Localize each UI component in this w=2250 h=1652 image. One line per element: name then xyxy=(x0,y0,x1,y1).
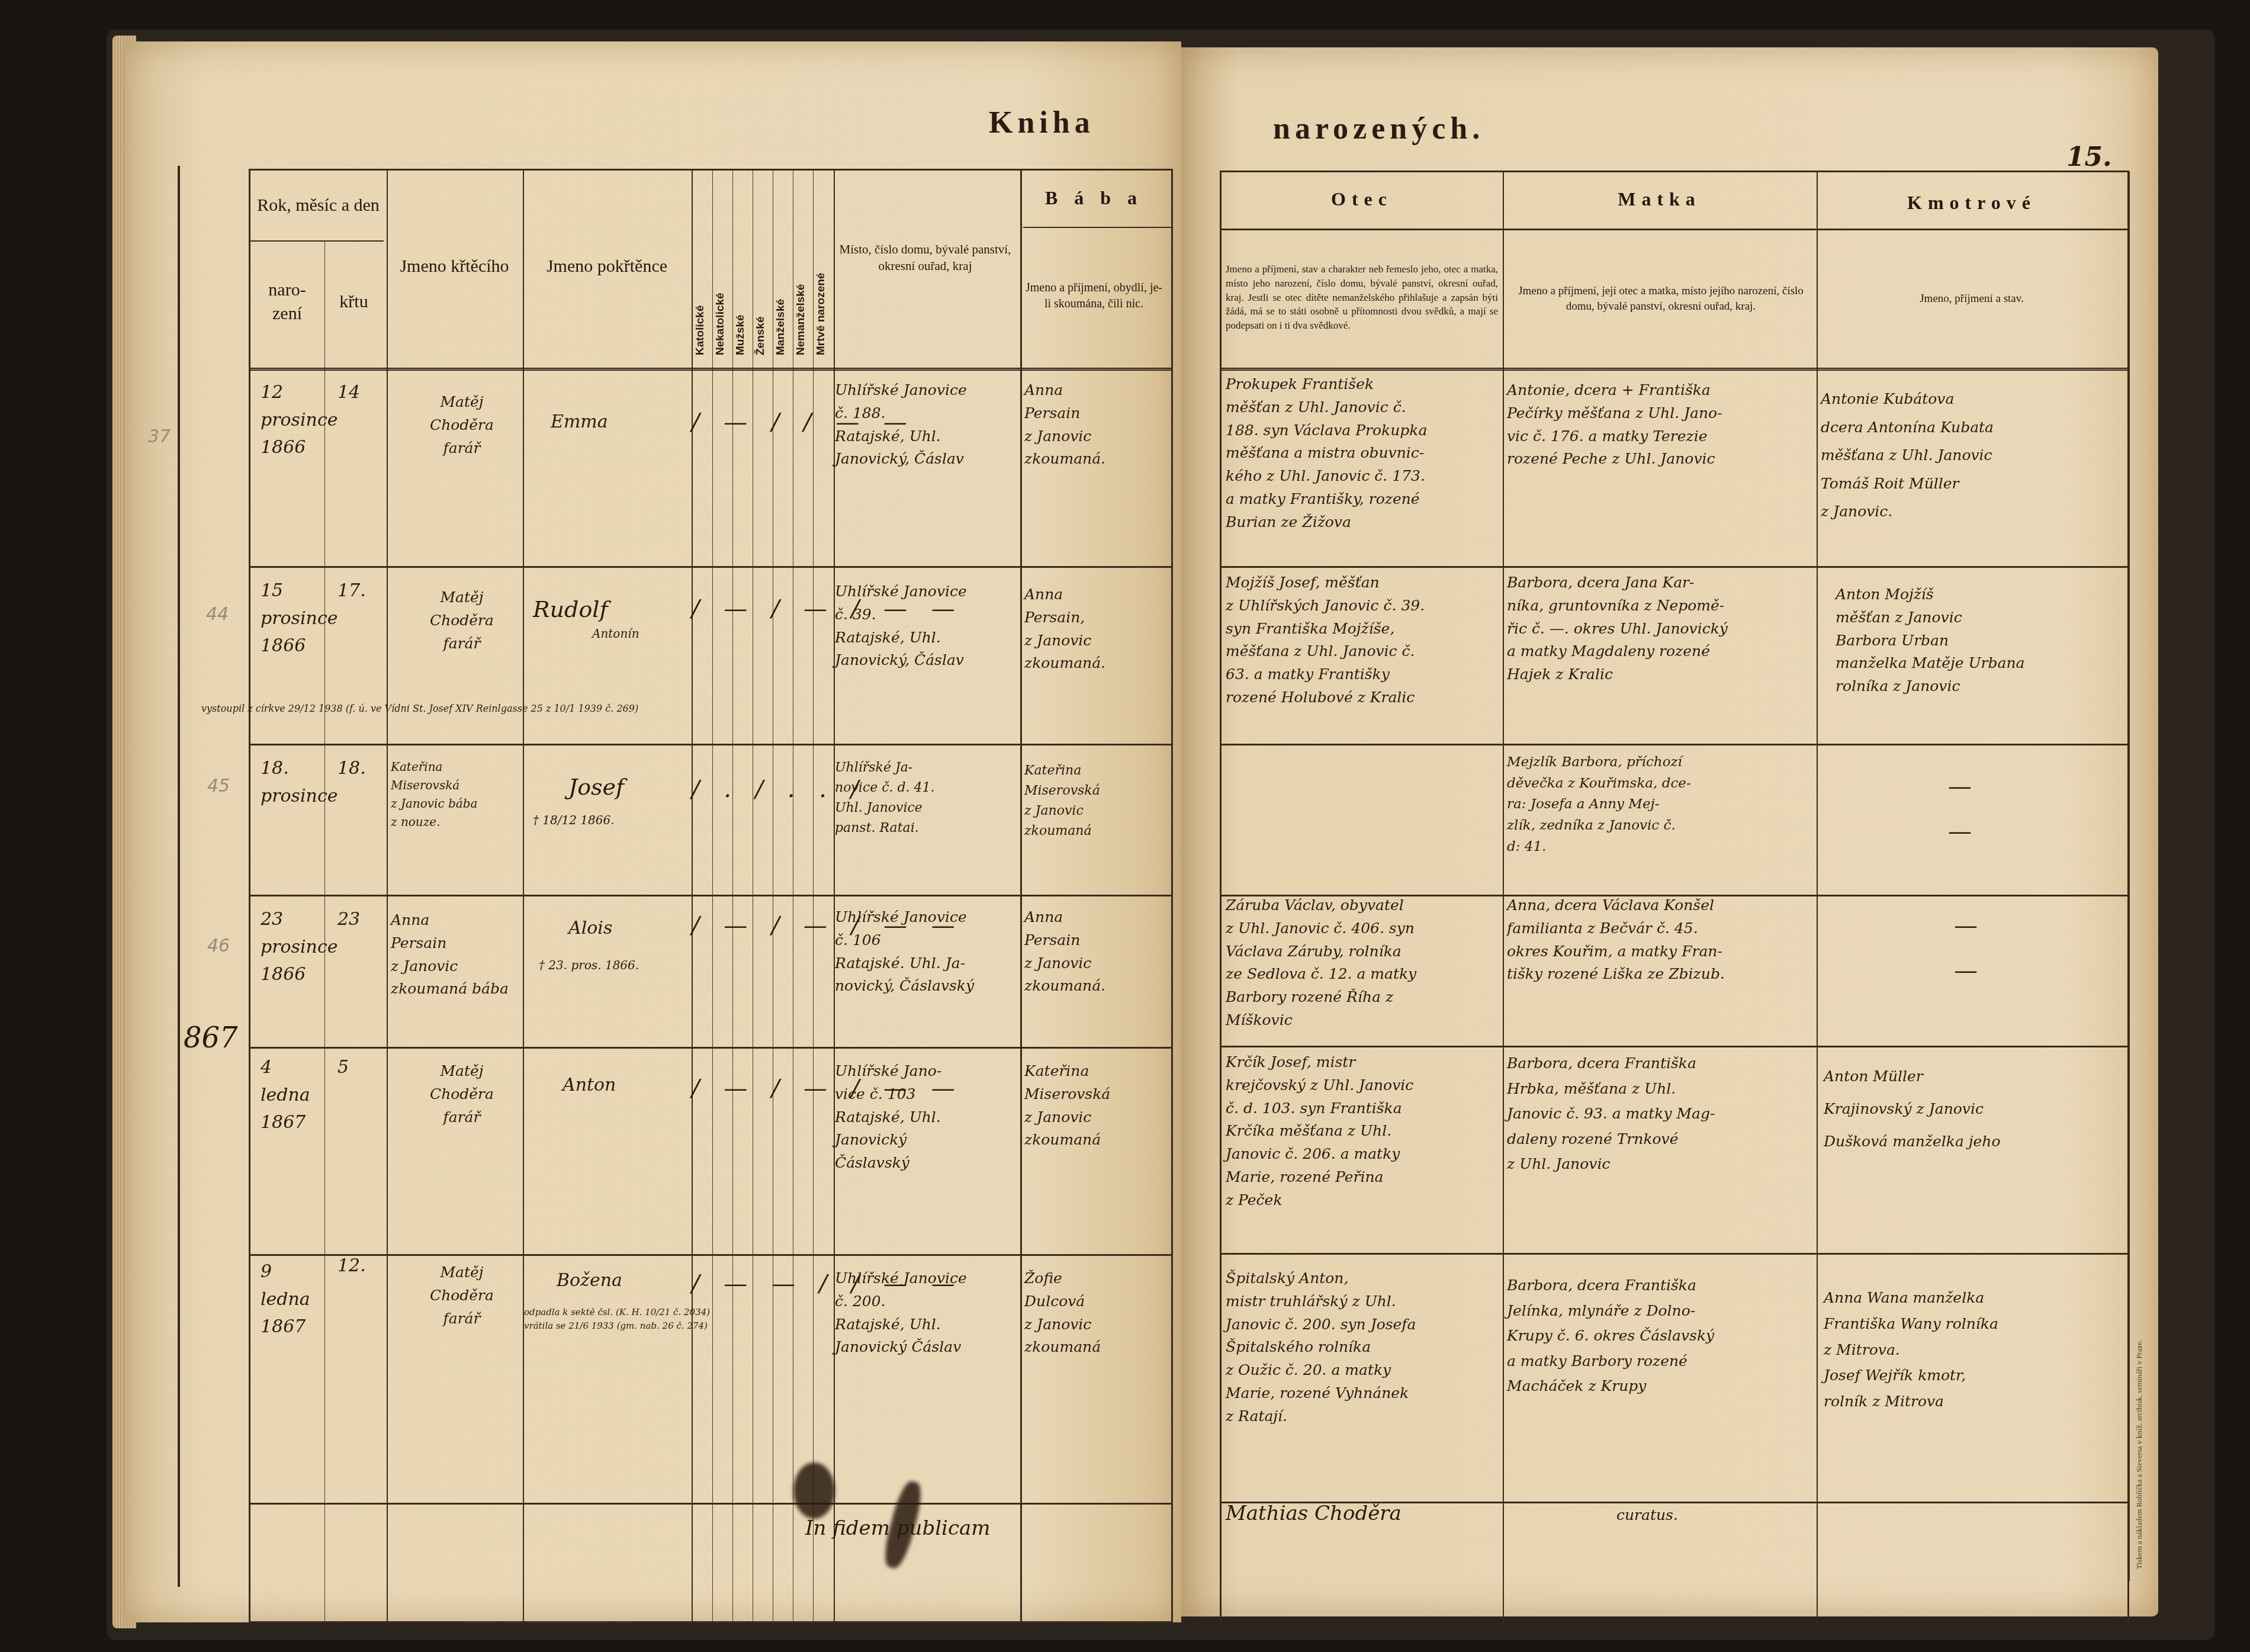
header-flag-stillborn: Mrtvě narozené xyxy=(815,195,828,355)
godparents: — — xyxy=(1948,764,1972,854)
place: Uhlířské Janovice č. 39. Ratajské, Uhl. … xyxy=(835,580,1018,672)
baptism-date: 23 xyxy=(337,906,360,934)
godparents: Anna Wana manželka Františka Wany rolník… xyxy=(1824,1285,2123,1415)
mother: Barbora, dcera Jana Kar- níka, gruntovní… xyxy=(1507,571,1812,686)
header-flag-female: Ženské xyxy=(754,195,767,355)
child-name: Božena xyxy=(557,1267,622,1295)
header-mother-title: Matka xyxy=(1504,173,1815,226)
col-divider xyxy=(1503,172,1504,1623)
header-midwife: Jmeno a příjmení, obydlí, je-li skoumána… xyxy=(1024,237,1163,355)
baptism-date: 18. xyxy=(337,755,366,783)
baptism-date: 14 xyxy=(337,379,360,407)
right-outer-rule xyxy=(2128,172,2130,1581)
margin-note-37: 37 xyxy=(148,426,171,447)
child-note: † 18/12 1866. xyxy=(533,811,615,830)
header-place: Místo, číslo domu, bývalé panství, okres… xyxy=(838,213,1012,302)
header-birth: naro- zení xyxy=(252,243,323,361)
midwife: Kateřina Miserovská z Janovic zkoumaná xyxy=(1024,1060,1166,1152)
book-title-right: narozených. xyxy=(1273,111,1484,146)
godparents: Anton Mojžíš měšťan z Janovic Barbora Ur… xyxy=(1836,583,2120,698)
midwife: Žofie Dulcová z Janovic zkoumaná xyxy=(1024,1267,1166,1359)
ink-blot xyxy=(793,1463,835,1519)
child-name: Rudolf xyxy=(533,592,608,627)
father: Krčík Josef, mistr krejčovský z Uhl. Jan… xyxy=(1226,1051,1501,1211)
birth-date: 23 prosince 1866 xyxy=(261,906,326,989)
midwife: Anna Persain z Janovic zkoumaná. xyxy=(1024,906,1166,998)
baptizer-name: Kateřina Miserovská z Janovic bába z nou… xyxy=(391,758,518,831)
header-godparents: Jmeno, příjmení a stav. xyxy=(1821,261,2123,338)
header-father-title: Otec xyxy=(1223,173,1501,226)
header-baptized: Jmeno pokřtěnce xyxy=(524,225,690,308)
father: Záruba Václav, obyvatel z Uhl. Janovic č… xyxy=(1226,894,1501,1032)
margin-year-1867: 867 xyxy=(184,1021,238,1055)
row-divider xyxy=(1222,744,2127,745)
midwife: Anna Persain z Janovic zkoumaná. xyxy=(1024,379,1166,471)
child-note: † 23. pros. 1866. xyxy=(539,956,639,975)
header-flag-male: Mužské xyxy=(734,195,747,355)
closing-attestation: In fidem publicam xyxy=(805,1513,990,1544)
baptizer-name: Matěj Choděra farář xyxy=(403,586,521,655)
birth-date: 18. prosince xyxy=(261,755,326,810)
mother: Antonie, dcera + Františka Pečírky měšťa… xyxy=(1507,379,1812,471)
header-father: Jmeno a příjmení, stav a charakter neb ř… xyxy=(1226,231,1498,364)
baptizer-name: Matěj Choděra farář xyxy=(403,1261,521,1330)
row-divider xyxy=(250,1047,1171,1049)
closing-signature-title: curatus. xyxy=(1616,1504,1678,1527)
godparents: Antonie Kubátova dcera Antonína Kubata m… xyxy=(1821,385,2123,526)
row-divider xyxy=(250,1254,1171,1256)
row-divider xyxy=(1222,566,2127,568)
place: Uhlířské Janovice č. 106 Ratajské. Uhl. … xyxy=(835,906,1018,998)
baptizer-name: Anna Persain z Janovic zkoumaná bába xyxy=(391,909,518,1001)
col-divider xyxy=(1817,172,1818,1623)
left-margin-rule xyxy=(178,166,180,1587)
father: Špitalský Anton, mistr truhlářský z Uhl.… xyxy=(1226,1267,1501,1428)
father: Mojžíš Josef, měšťan z Uhlířských Janovi… xyxy=(1226,571,1501,709)
margin-note-44: 44 xyxy=(206,604,229,625)
header-divider xyxy=(1222,368,2127,371)
row-divider xyxy=(1023,227,1171,228)
row-divider xyxy=(250,744,1171,745)
child-name: Emma xyxy=(551,409,608,436)
book-title-left: Kniha xyxy=(989,105,1095,140)
header-flag-catholic: Katolické xyxy=(694,195,707,355)
mother: Anna, dcera Václava Konšel familianta z … xyxy=(1507,894,1812,986)
row-divider xyxy=(1222,1046,2127,1047)
child-name: Anton xyxy=(562,1072,616,1100)
row-divider xyxy=(250,895,1171,896)
baptizer-name: Matěj Choděra farář xyxy=(403,1060,521,1129)
header-godparents-title: Kmotrové xyxy=(1818,175,2126,231)
entry-annotation: vystoupil z církve 29/12 1938 (f. ú. ve … xyxy=(201,702,1161,716)
header-divider xyxy=(250,368,1171,371)
baptism-date: 12. xyxy=(337,1252,366,1280)
place: Uhlířské Jano- vice č. 103 Ratajské, Uhl… xyxy=(835,1060,1018,1175)
mother: Barbora, dcera Františka Hrbka, měšťana … xyxy=(1507,1051,1812,1177)
midwife: Anna Persain, z Janovic zkoumaná. xyxy=(1024,583,1166,675)
baptism-date: 5 xyxy=(337,1054,349,1082)
godparents: Anton Müller Krajinovský z Janovic Duško… xyxy=(1824,1060,2123,1158)
header-flag-legitimate: Manželské xyxy=(774,195,787,355)
place: Uhlířské Ja- novice č. d. 41. Uhl. Janov… xyxy=(835,758,1018,838)
closing-signature: Mathias Choděra xyxy=(1226,1498,1402,1529)
baptizer-name: Matěj Choděra farář xyxy=(403,391,521,459)
header-midwife-title: B á b a xyxy=(1021,172,1166,225)
birth-date: 15 prosince 1866 xyxy=(261,577,326,660)
godparents: — — xyxy=(1954,903,1978,993)
row-divider xyxy=(250,240,384,242)
row-divider xyxy=(250,1503,1171,1505)
margin-note-46: 46 xyxy=(207,936,230,956)
child-name: Josef xyxy=(568,770,624,805)
row-divider xyxy=(250,566,1171,568)
row-divider xyxy=(1222,1253,2127,1255)
header-mother: Jmeno a příjmení, její otec a matka, mís… xyxy=(1516,249,1806,349)
mother: Barbora, dcera Františka Jelínka, mlynář… xyxy=(1507,1273,1812,1399)
midwife: Kateřina Miserovská z Janovic zkoumaná xyxy=(1024,761,1166,841)
birth-date: 9 ledna 1867 xyxy=(261,1258,326,1341)
child-name: Alois xyxy=(568,915,612,943)
header-flag-illegitimate: Nemanželské xyxy=(795,195,808,355)
header-date-group: Rok, měsíc a den xyxy=(252,172,385,240)
baptism-date: 17. xyxy=(337,577,366,605)
birth-date: 4 ledna 1867 xyxy=(261,1054,326,1137)
birth-date: 12 prosince 1866 xyxy=(261,379,326,462)
child-note: odpadla k sektě čsl. (K. H. 10/21 č. 203… xyxy=(524,1306,838,1333)
place: Uhlířské Janovice č. 200. Ratajské, Uhl.… xyxy=(835,1267,1018,1359)
page-number: 15. xyxy=(2066,142,2112,172)
father: Prokupek František měšťan z Uhl. Janovic… xyxy=(1226,373,1501,533)
child-note: Antonín xyxy=(592,625,639,643)
header-baptizer: Jmeno křtěcího xyxy=(388,225,521,308)
header-baptism: křtu xyxy=(323,243,385,361)
margin-note-45: 45 xyxy=(207,776,230,796)
header-flag-noncatholic: Nekatolické xyxy=(714,195,727,355)
mother: Mejzlík Barbora, příchozí děvečka z Kouř… xyxy=(1507,752,1812,857)
place: Uhlířské Janovice č. 188. Ratajské, Uhl.… xyxy=(835,379,1018,471)
printer-imprint: Tiskem a nákladem Rohlíčka a Sieversa v … xyxy=(2135,1131,2144,1569)
